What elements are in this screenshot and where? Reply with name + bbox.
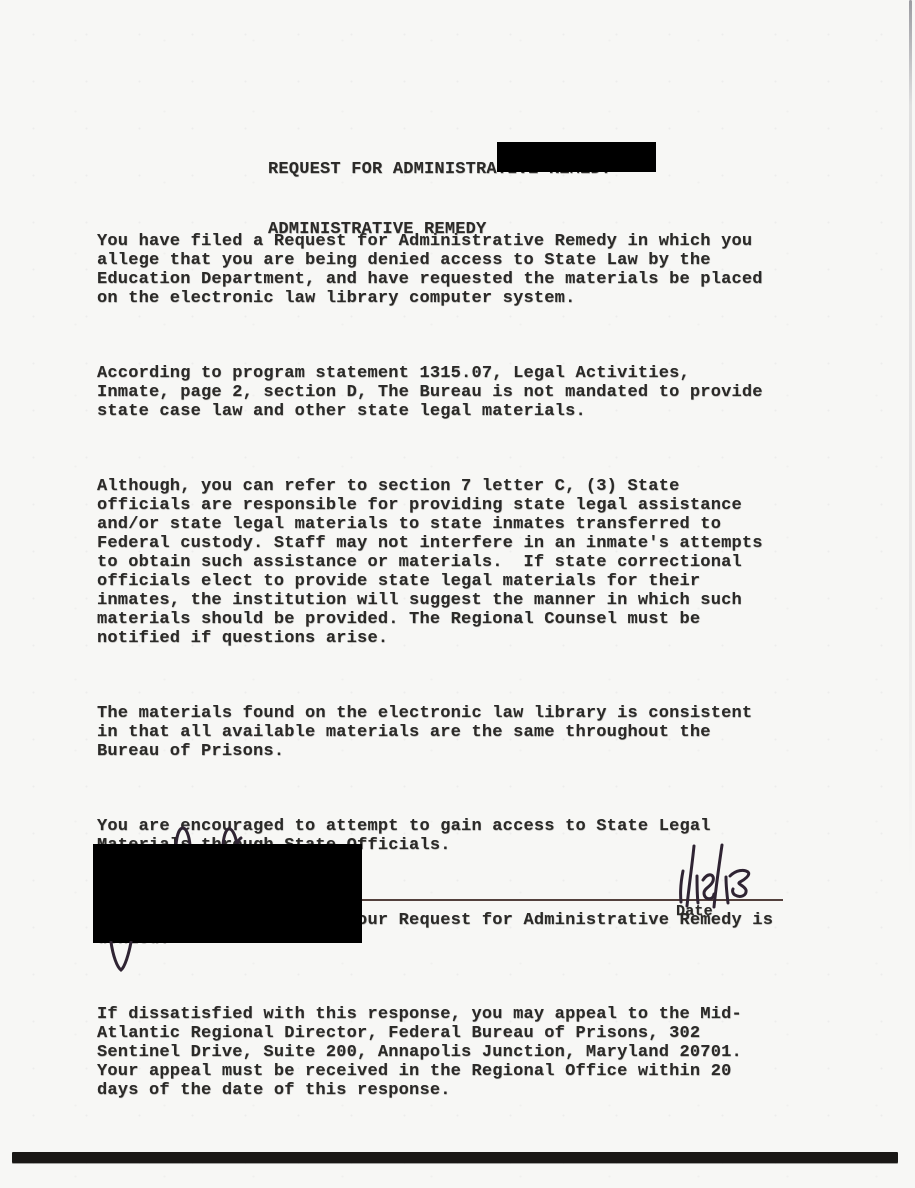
redaction-remedy-number bbox=[497, 142, 656, 172]
scanned-document-page: REQUEST FOR ADMINISTRATIVE REMEDY ADMINI… bbox=[0, 0, 915, 1188]
paragraph-materials-consistent: The materials found on the electronic la… bbox=[97, 704, 773, 761]
scan-bottom-redaction-bar bbox=[12, 1152, 898, 1163]
scan-edge-artifact bbox=[909, 0, 912, 880]
paragraph-appeal-instructions: If dissatisfied with this response, you … bbox=[97, 1005, 773, 1100]
handwritten-date: 1/18/18 bbox=[664, 840, 764, 910]
pen-stroke-signature-descender bbox=[104, 941, 144, 977]
paragraph-allegation: You have filed a Request for Administrat… bbox=[97, 232, 773, 308]
paragraph-section-7: Although, you can refer to section 7 let… bbox=[97, 477, 773, 648]
paragraph-program-statement: According to program statement 1315.07, … bbox=[97, 364, 773, 421]
letter-body: You have filed a Request for Administrat… bbox=[97, 194, 773, 1156]
pen-stroke-signature-tops bbox=[170, 825, 250, 845]
redaction-signature bbox=[93, 844, 362, 943]
